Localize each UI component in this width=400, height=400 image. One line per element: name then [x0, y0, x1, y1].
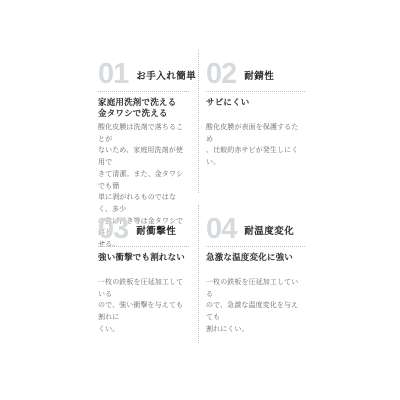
dotted-divider	[206, 91, 305, 92]
dotted-divider	[98, 246, 189, 247]
feature-subtitle: サビにくい	[206, 97, 305, 122]
feature-card-impact-resistance: 03 耐衝撃性 強い衝撃でも割れない 一枚の鉄板を圧延加工している ので、強い衝…	[95, 205, 199, 343]
feature-title: 耐錆性	[244, 68, 274, 82]
product-features-panel: 01 お手入れ簡単 家庭用洗剤で洗える 金タワシで洗える 酸化皮膜は洗剤で落ちる…	[0, 0, 400, 400]
feature-number: 04	[206, 215, 236, 244]
dotted-divider	[98, 91, 189, 92]
feature-subtitle: 急激な温度変化に強い	[206, 252, 305, 277]
dotted-divider	[206, 246, 305, 247]
feature-card-easy-care: 01 お手入れ簡単 家庭用洗剤で洗える 金タワシで洗える 酸化皮膜は洗剤で落ちる…	[95, 50, 199, 193]
feature-number: 01	[98, 60, 128, 89]
feature-card-temperature-resistance: 04 耐温度変化 急激な温度変化に強い 一枚の鉄板を圧延加工している ので、急激…	[199, 205, 307, 343]
feature-body: 一枚の鉄板を圧延加工している ので、強い衝撃を与えても割れに くい。	[98, 277, 189, 336]
feature-subtitle: 家庭用洗剤で洗える 金タワシで洗える	[98, 97, 189, 122]
feature-header: 03 耐衝撃性	[98, 205, 189, 246]
feature-header: 01 お手入れ簡単	[98, 50, 189, 91]
feature-title: 耐衝撃性	[136, 223, 176, 237]
feature-number: 03	[98, 215, 128, 244]
feature-body: 一枚の鉄板を圧延加工している ので、急激な温度変化を与えても 割れにくい。	[206, 277, 305, 336]
feature-title: お手入れ簡単	[136, 68, 196, 82]
feature-number: 02	[206, 60, 236, 89]
feature-body: 酸化皮膜が表面を保護するため 、比較的赤サビが発生しにくい。	[206, 122, 305, 169]
feature-header: 02 耐錆性	[206, 50, 305, 91]
feature-card-rust-resistance: 02 耐錆性 サビにくい 酸化皮膜が表面を保護するため 、比較的赤サビが発生しに…	[199, 50, 307, 193]
feature-title: 耐温度変化	[244, 223, 294, 237]
feature-subtitle: 強い衝撃でも割れない	[98, 252, 189, 277]
feature-header: 04 耐温度変化	[206, 205, 305, 246]
features-grid: 01 お手入れ簡単 家庭用洗剤で洗える 金タワシで洗える 酸化皮膜は洗剤で落ちる…	[95, 50, 307, 343]
